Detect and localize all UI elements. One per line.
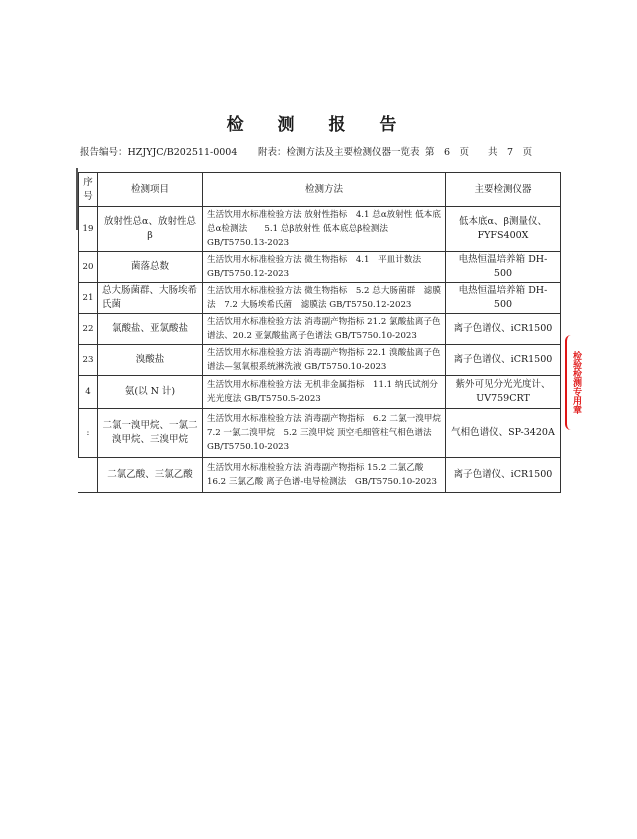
- table-row: 20 菌落总数 生活饮用水标准检验方法 微生物指标 4.1 平皿计数法 GB/T…: [79, 252, 561, 283]
- header-instrument: 主要检测仪器: [446, 173, 561, 207]
- row-item: 二氯一溴甲烷、一氯二溴甲烷、三溴甲烷: [98, 409, 203, 458]
- row-method: 生活饮用水标准检验方法 消毒副产物指标 6.2 二氯一溴甲烷 7.2 一氯二溴甲…: [203, 409, 446, 458]
- row-instrument: 离子色谱仪、iCR1500: [446, 314, 561, 345]
- table-row: 二氯乙酸、三氯乙酸 生活饮用水标准检验方法 消毒副产物指标 15.2 二氯乙酸 …: [79, 458, 561, 493]
- row-item: 放射性总α、放射性总β: [98, 207, 203, 252]
- table-row: 21 总大肠菌群、大肠埃希氏菌 生活饮用水标准检验方法 微生物指标 5.2 总大…: [79, 283, 561, 314]
- row-method: 生活饮用水标准检验方法 无机非金属指标 11.1 纳氏试剂分光光度法 GB/T5…: [203, 376, 446, 409]
- row-no: [79, 458, 98, 493]
- row-item: 氯酸盐、亚氯酸盐: [98, 314, 203, 345]
- row-method: 生活饮用水标准检验方法 微生物指标 5.2 总大肠菌群 滤膜法 7.2 大肠埃希…: [203, 283, 446, 314]
- header-no: 序号: [79, 173, 98, 207]
- row-instrument: 紫外可见分光光度计、UV759CRT: [446, 376, 561, 409]
- row-instrument: 电热恒温培养箱 DH-500: [446, 283, 561, 314]
- row-item: 总大肠菌群、大肠埃希氏菌: [98, 283, 203, 314]
- appendix-title: 附表：检测方法及主要检测仪器一览表: [258, 144, 420, 158]
- row-no: 4: [79, 376, 98, 409]
- page-title: 检 测 报 告: [0, 110, 637, 135]
- row-item: 溴酸盐: [98, 345, 203, 376]
- row-method: 生活饮用水标准检验方法 微生物指标 4.1 平皿计数法 GB/T5750.12-…: [203, 252, 446, 283]
- table-row: 19 放射性总α、放射性总β 生活饮用水标准检验方法 放射性指标 4.1 总α放…: [79, 207, 561, 252]
- row-no: 19: [79, 207, 98, 252]
- table-row: 4 氨(以 N 计) 生活饮用水标准检验方法 无机非金属指标 11.1 纳氏试剂…: [79, 376, 561, 409]
- row-no: 22: [79, 314, 98, 345]
- row-method: 生活饮用水标准检验方法 消毒副产物指标 22.1 溴酸盐离子色谱法—氢氧根系统淋…: [203, 345, 446, 376]
- table-row: 22 氯酸盐、亚氯酸盐 生活饮用水标准检验方法 消毒副产物指标 21.2 氯酸盐…: [79, 314, 561, 345]
- official-seal-stamp: 检验检测专用章: [565, 335, 581, 430]
- row-no: 20: [79, 252, 98, 283]
- row-instrument: 离子色谱仪、iCR1500: [446, 458, 561, 493]
- table-header-row: 序号 检测项目 检测方法 主要检测仪器: [79, 173, 561, 207]
- table-row: 23 溴酸盐 生活饮用水标准检验方法 消毒副产物指标 22.1 溴酸盐离子色谱法…: [79, 345, 561, 376]
- row-no: :: [79, 409, 98, 458]
- row-no: 23: [79, 345, 98, 376]
- row-no: 21: [79, 283, 98, 314]
- row-item: 二氯乙酸、三氯乙酸: [98, 458, 203, 493]
- row-method: 生活饮用水标准检验方法 放射性指标 4.1 总α放射性 低本底总α检测法 5.1…: [203, 207, 446, 252]
- page-indicator: 第 6 页 共 7 页: [425, 144, 532, 158]
- header-method: 检测方法: [203, 173, 446, 207]
- row-instrument: 离子色谱仪、iCR1500: [446, 345, 561, 376]
- report-number: 报告编号：HZJYJC/B202511-0004: [80, 144, 237, 158]
- row-instrument: 电热恒温培养箱 DH-500: [446, 252, 561, 283]
- row-method: 生活饮用水标准检验方法 消毒副产物指标 21.2 氯酸盐离子色谱法、20.2 亚…: [203, 314, 446, 345]
- row-instrument: 低本底α、β测量仪、FYFS400X: [446, 207, 561, 252]
- row-item: 氨(以 N 计): [98, 376, 203, 409]
- methods-table: 序号 检测项目 检测方法 主要检测仪器 19 放射性总α、放射性总β 生活饮用水…: [78, 172, 561, 493]
- table-row: : 二氯一溴甲烷、一氯二溴甲烷、三溴甲烷 生活饮用水标准检验方法 消毒副产物指标…: [79, 409, 561, 458]
- row-method: 生活饮用水标准检验方法 消毒副产物指标 15.2 二氯乙酸 16.2 三氯乙酸 …: [203, 458, 446, 493]
- row-instrument: 气相色谱仪、SP-3420A: [446, 409, 561, 458]
- header-item: 检测项目: [98, 173, 203, 207]
- row-item: 菌落总数: [98, 252, 203, 283]
